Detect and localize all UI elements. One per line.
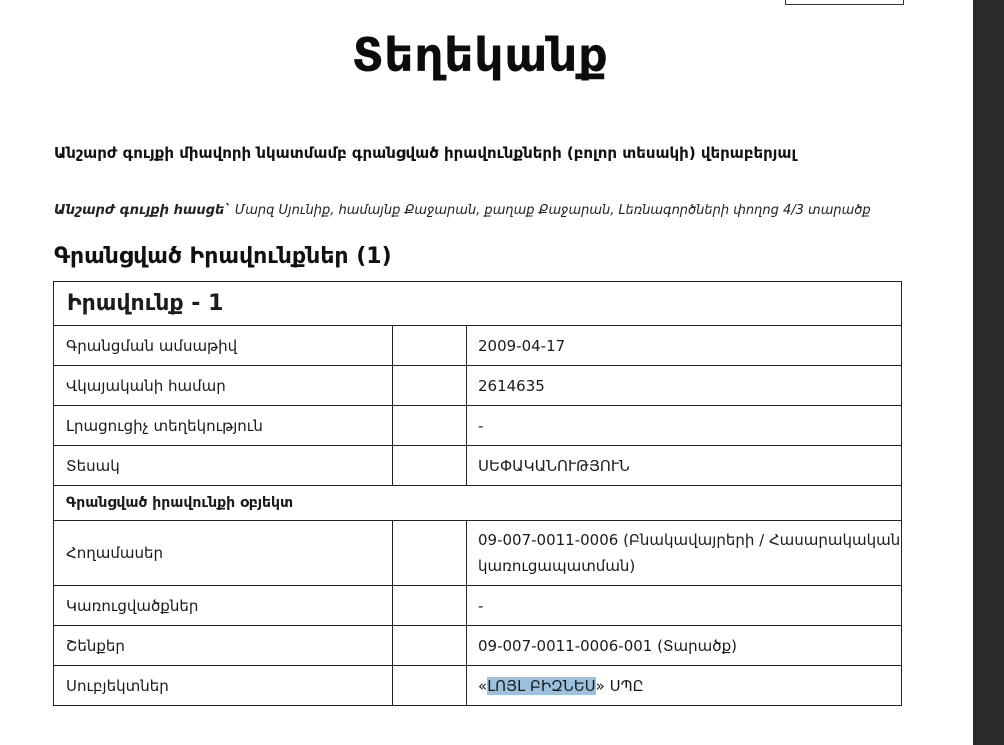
subject-suffix: » ՍՊԸ	[596, 677, 644, 695]
right-type-value: ՍԵՓԱԿԱՆՈՒԹՅՈՒՆ	[467, 446, 902, 486]
additional-info-value: -	[467, 406, 902, 446]
table-row: Վկայականի համար 2614635	[54, 366, 902, 406]
selected-text[interactable]: ԼՈՅԼ ԲԻԶՆԵՍ	[487, 677, 595, 695]
object-section-row: Գրանցված իրավունքի օբյեկտ	[54, 486, 902, 521]
row-empty-cell	[393, 521, 467, 586]
buildings-value: 09-007-0011-0006-001 (Տարածք)	[467, 626, 902, 666]
object-section-label: Գրանցված իրավունքի օբյեկտ	[54, 486, 902, 521]
document-title: Տեղեկանք	[0, 28, 960, 82]
table-row: Սուբյեկտներ «ԼՈՅԼ ԲԻԶՆԵՍ» ՍՊԸ	[54, 666, 902, 706]
row-empty-cell	[393, 406, 467, 446]
table-row: Գրանցման ամսաթիվ 2009-04-17	[54, 326, 902, 366]
quote-open: «	[478, 677, 487, 695]
row-label: Գրանցման ամսաթիվ	[54, 326, 393, 366]
right-header: Իրավունք - 1	[54, 282, 902, 326]
right-table: Իրավունք - 1 Գրանցման ամսաթիվ 2009-04-17…	[53, 281, 902, 706]
structures-value: -	[467, 586, 902, 626]
table-row: Լրացուցիչ տեղեկություն -	[54, 406, 902, 446]
right-header-row: Իրավունք - 1	[54, 282, 902, 326]
property-address: Անշարժ գույքի հասցե` Մարզ Սյունիք, համայ…	[54, 203, 934, 218]
row-empty-cell	[393, 366, 467, 406]
top-right-box	[785, 0, 904, 5]
row-label: Սուբյեկտներ	[54, 666, 393, 706]
row-empty-cell	[393, 326, 467, 366]
row-label: Շենքեր	[54, 626, 393, 666]
row-label: Լրացուցիչ տեղեկություն	[54, 406, 393, 446]
document-subject: Անշարժ գույքի միավորի նկատմամբ գրանցված …	[54, 142, 834, 165]
row-label: Հողամասեր	[54, 521, 393, 586]
land-plot-value: 09-007-0011-0006 (Բնակավայրերի / Հասարակ…	[467, 521, 902, 586]
row-empty-cell	[393, 446, 467, 486]
table-row: Կառուցվածքներ -	[54, 586, 902, 626]
address-label: Անշարժ գույքի հասցե`	[54, 203, 231, 218]
row-empty-cell	[393, 626, 467, 666]
subjects-value[interactable]: «ԼՈՅԼ ԲԻԶՆԵՍ» ՍՊԸ	[467, 666, 902, 706]
viewer-side-panel	[973, 0, 1004, 745]
document-page: Տեղեկանք Անշարժ գույքի միավորի նկատմամբ …	[0, 0, 973, 745]
row-empty-cell	[393, 666, 467, 706]
row-label: Վկայականի համար	[54, 366, 393, 406]
certificate-number-value: 2614635	[467, 366, 902, 406]
registration-date-value: 2009-04-17	[467, 326, 902, 366]
address-value: Մարզ Սյունիք, համայնք Քաջարան, քաղաք Քաջ…	[231, 203, 871, 218]
row-label: Կառուցվածքներ	[54, 586, 393, 626]
table-row: Հողամասեր 09-007-0011-0006 (Բնակավայրերի…	[54, 521, 902, 586]
row-label: Տեսակ	[54, 446, 393, 486]
registered-rights-heading: Գրանցված Իրավունքներ (1)	[54, 244, 392, 269]
table-row: Տեսակ ՍԵՓԱԿԱՆՈՒԹՅՈՒՆ	[54, 446, 902, 486]
table-row: Շենքեր 09-007-0011-0006-001 (Տարածք)	[54, 626, 902, 666]
row-empty-cell	[393, 586, 467, 626]
